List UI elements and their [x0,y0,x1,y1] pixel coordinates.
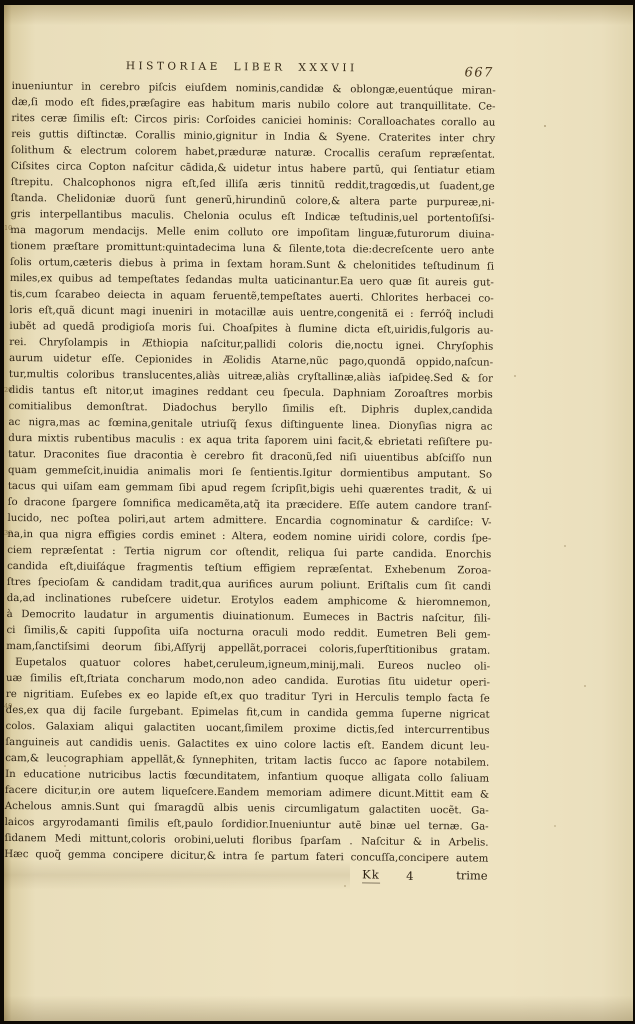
sheet-number: 4 [406,869,413,883]
parchment-page: 10203040 HISTORIAE LIBER XXXVII 667 inue… [4,5,633,1021]
page-content: HISTORIAE LIBER XXXVII 667 inueniuntur i… [4,55,498,887]
page-number: 667 [464,65,493,80]
gathering-signature: Kk [362,867,380,883]
page-title: HISTORIAE LIBER XXXVII [126,60,358,74]
scanned-book-page: 10203040 HISTORIAE LIBER XXXVII 667 inue… [0,0,635,1024]
running-head: HISTORIAE LIBER XXXVII 667 [12,55,498,82]
signature-line: Kk 4 trime [4,864,490,887]
paper-speckles [544,125,546,127]
text-line: Hæc quoq̃ gemma concipere dicitur,& intr… [4,847,488,868]
body-text: inueniuntur in cerebro piſcis eiuſdem no… [4,79,498,868]
catchword: trime [456,868,488,882]
